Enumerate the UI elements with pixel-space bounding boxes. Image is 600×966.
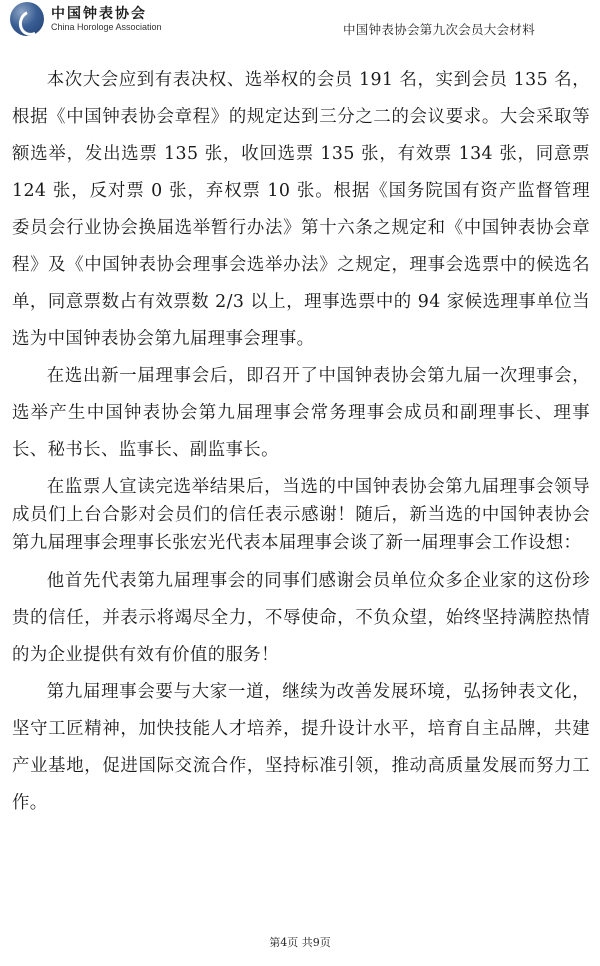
association-logo: 中国钟表协会 China Horologe Association xyxy=(10,2,162,36)
paragraph-first-council-meeting: 在选出新一届理事会后，即召开了中国钟表协会第九届一次理事会，选举产生中国钟表协会… xyxy=(12,358,590,469)
document-title: 中国钟表协会第九次会员大会材料 xyxy=(343,20,535,38)
page-header: 中国钟表协会 China Horologe Association 中国钟表协会… xyxy=(0,0,600,50)
logo-english-name: China Horologe Association xyxy=(51,22,162,33)
paragraph-council-goals: 第九届理事会要与大家一道，继续为改善发展环境，弘扬钟表文化，坚守工匠精神，加快技… xyxy=(12,674,590,822)
paragraph-leaders-thanks: 在监票人宣读完选举结果后，当选的中国钟表协会第九届理事会领导成员们上台合影对会员… xyxy=(12,473,590,557)
logo-text: 中国钟表协会 China Horologe Association xyxy=(51,6,162,33)
document-body: 本次大会应到有表决权、选举权的会员 191 名，实到会员 135 名，根据《中国… xyxy=(12,62,590,822)
page-number: 第4页 共9页 xyxy=(0,934,600,950)
paragraph-election-results: 本次大会应到有表决权、选举权的会员 191 名，实到会员 135 名，根据《中国… xyxy=(12,62,590,358)
paragraph-president-speech: 他首先代表第九届理事会的同事们感谢会员单位众多企业家的这份珍贵的信任，并表示将竭… xyxy=(12,563,590,674)
logo-chinese-name: 中国钟表协会 xyxy=(51,6,162,22)
logo-emblem-icon xyxy=(10,2,44,36)
